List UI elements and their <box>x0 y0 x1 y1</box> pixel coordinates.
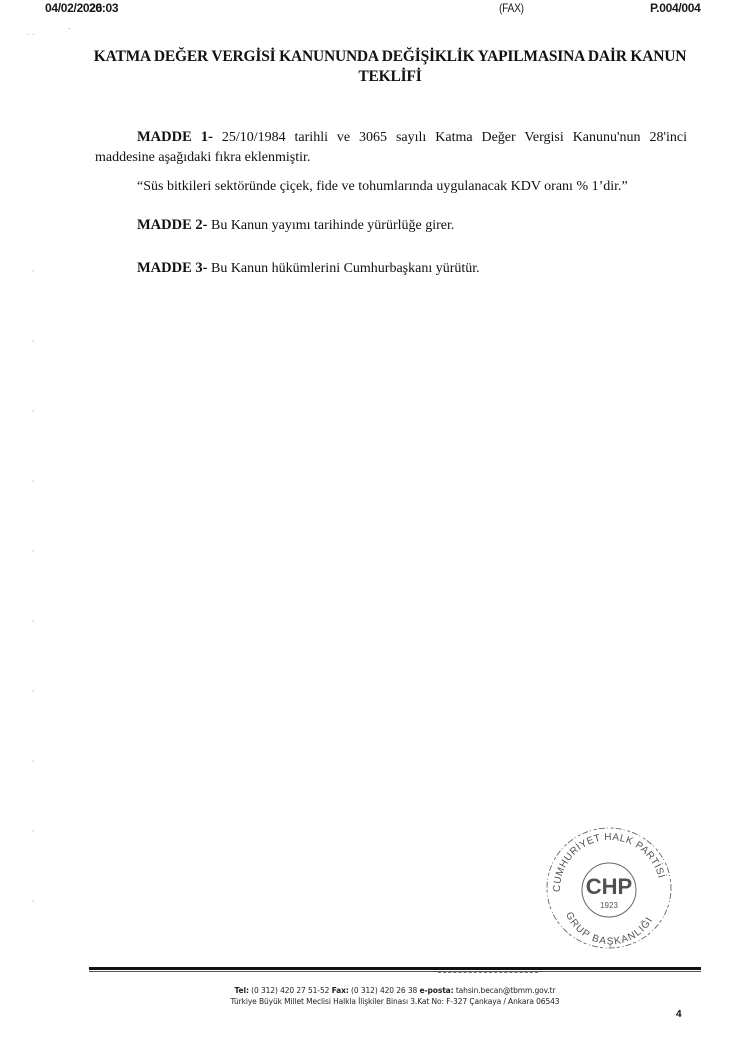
article-1: MADDE 1- 25/10/1984 tarihli ve 3065 sayı… <box>95 127 687 168</box>
footer-dash-artifact <box>438 972 538 974</box>
email-value: tahsin.becan@tbmm.gov.tr <box>454 986 556 995</box>
fax-time: 20:03 <box>89 1 118 15</box>
stamp-outer-bottom-text: GRUP BAŞKANLIĞI <box>563 910 656 947</box>
fax-label: (FAX) <box>499 1 524 15</box>
tel-label: Tel: <box>234 986 248 995</box>
stamp-year: 1923 <box>600 901 618 910</box>
article-1-label: MADDE 1- <box>137 129 213 145</box>
article-3-label: MADDE 3- <box>137 260 207 276</box>
fax-number-label: Fax: <box>332 986 349 995</box>
footer-divider-thin <box>89 971 701 972</box>
footer-divider <box>89 967 701 970</box>
page-number: 4 <box>676 1009 682 1020</box>
scan-margin-artifact <box>32 230 34 930</box>
fax-header: 04/02/2026 20:03 (FAX) P.004/004 <box>0 1 750 17</box>
fax-page-count: P.004/004 <box>650 1 700 15</box>
scan-speck: · · <box>27 30 35 39</box>
scan-speck: - <box>68 24 71 33</box>
email-label: e-posta: <box>420 986 454 995</box>
stamp-center-text: CHP <box>586 874 632 899</box>
article-3-text: Bu Kanun hükümlerini Cumhurbaşkanı yürüt… <box>207 261 479 276</box>
document-title: KATMA DEĞER VERGİSİ KANUNUNDA DEĞİŞİKLİK… <box>90 47 690 87</box>
party-stamp-seal: CUMHURİYET HALK PARTİSİ GRUP BAŞKANLIĞI … <box>540 822 678 954</box>
title-line-1: KATMA DEĞER VERGİSİ KANUNUNDA DEĞİŞİKLİK… <box>90 47 690 67</box>
article-2-label: MADDE 2- <box>137 217 207 233</box>
footer-address: Türkiye Büyük Millet Meclisi Halkla İliş… <box>89 996 701 1007</box>
article-1-quote: “Süs bitkileri sektöründe çiçek, fide ve… <box>137 177 697 197</box>
article-2: MADDE 2- Bu Kanun yayımı tarihinde yürür… <box>137 215 729 236</box>
article-2-text: Bu Kanun yayımı tarihinde yürürlüğe gire… <box>207 218 454 233</box>
article-3: MADDE 3- Bu Kanun hükümlerini Cumhurbaşk… <box>137 258 729 279</box>
fax-number-value: (0 312) 420 26 38 <box>349 986 420 995</box>
footer-contact-line: Tel: (0 312) 420 27 51-52 Fax: (0 312) 4… <box>89 985 701 996</box>
title-line-2: TEKLİFİ <box>90 67 690 87</box>
tel-value: (0 312) 420 27 51-52 <box>249 986 332 995</box>
